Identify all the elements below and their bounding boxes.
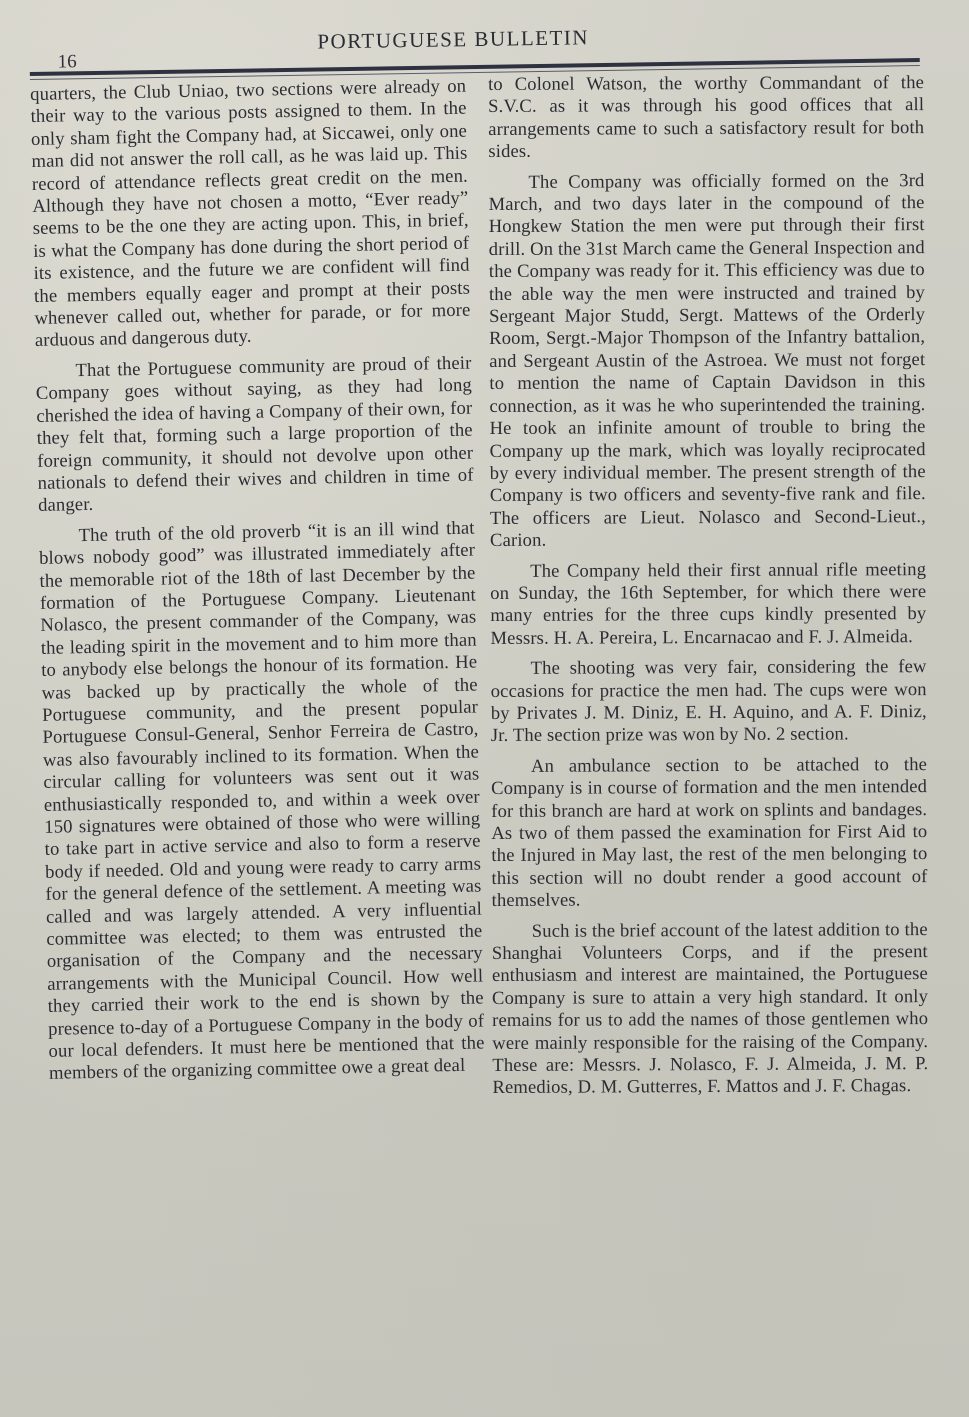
paragraph: That the Portuguese community are proud … [35, 352, 474, 517]
page-number: 16 [57, 51, 76, 73]
paragraph: The truth of the old proverb “it is an i… [38, 517, 485, 1085]
paragraph: The Company was officially formed on the… [488, 170, 926, 553]
paragraph: Such is the brief account of the latest … [492, 919, 929, 1100]
paragraph-continued: to Colonel Watson, the worthy Commandant… [488, 72, 924, 164]
magazine-page: 16 PORTUGUESE BULLETIN quarters, the Clu… [0, 0, 969, 1417]
article-columns: quarters, the Club Uniao, two sections w… [30, 74, 930, 1108]
running-title: PORTUGUESE BULLETIN [317, 25, 589, 54]
paragraph: The shooting was very fair, considering … [491, 656, 927, 748]
paragraph: An ambulance section to be attached to t… [491, 754, 928, 913]
left-column: quarters, the Club Uniao, two sections w… [30, 76, 486, 1108]
paragraph: The Company held their first annual rifl… [490, 559, 926, 651]
right-column: to Colonel Watson, the worthy Commandant… [488, 72, 929, 1108]
paragraph-continued: quarters, the Club Uniao, two sections w… [30, 76, 471, 353]
